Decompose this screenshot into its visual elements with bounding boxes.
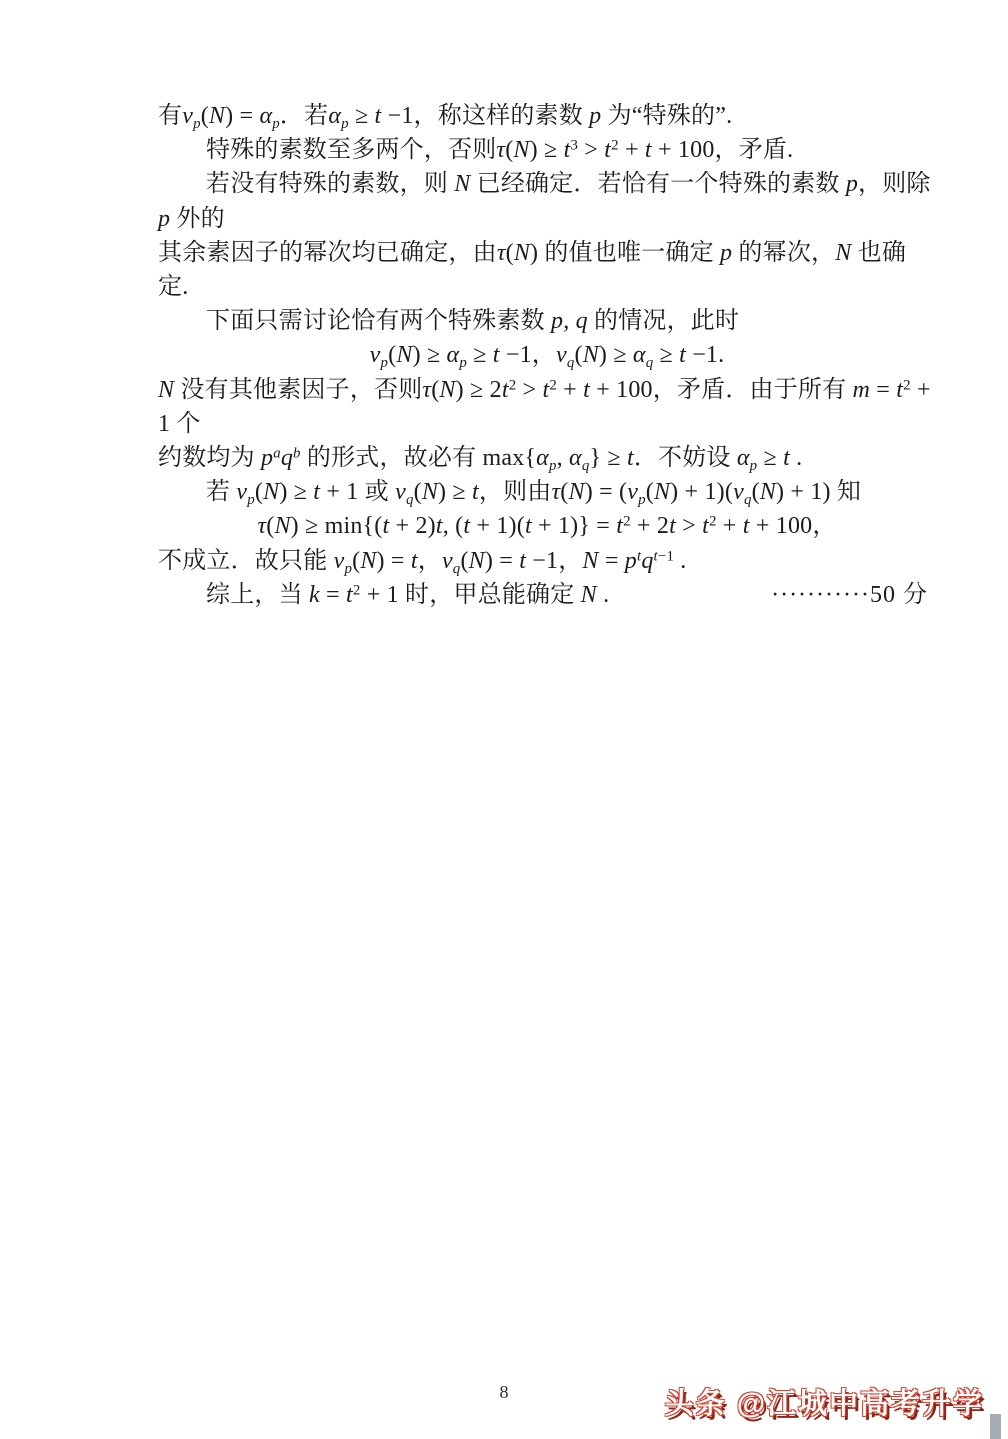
text-line: τ(N) ≥ min{(t + 2)t, (t + 1)(t + 1)} = t…	[158, 509, 936, 543]
document-lines: 有vp(N) = αp．若αp ≥ t −1，称这样的素数 p 为“特殊的”.特…	[158, 99, 936, 612]
toutiao-watermark: 头条 @江城中高考升学	[665, 1381, 984, 1422]
text-line: 不成立．故只能 vp(N) = t，vq(N) = t −1，N = ptqt−…	[158, 544, 936, 578]
solution-text-block: 有vp(N) = αp．若αp ≥ t −1，称这样的素数 p 为“特殊的”.特…	[158, 99, 936, 612]
text-line: 综上，当 k = t2 + 1 时，甲总能确定 N .···········50…	[158, 578, 936, 612]
conclusion-text: 综上，当 k = t2 + 1 时，甲总能确定 N .	[158, 578, 609, 612]
text-line: 若没有特殊的素数，则 N 已经确定．若恰有一个特殊的素数 p，则除 p 外的	[158, 167, 936, 235]
text-line: 若 vp(N) ≥ t + 1 或 vq(N) ≥ t，则由τ(N) = (vp…	[158, 475, 936, 509]
text-line: N 没有其他素因子，否则τ(N) ≥ 2t2 > t2 + t + 100，矛盾…	[158, 373, 936, 441]
text-line: 约数均为 paqb 的形式，故必有 max{αp, αq} ≥ t．不妨设 αp…	[158, 441, 936, 475]
scrollbar-thumb[interactable]	[990, 1414, 1001, 1439]
text-line: 有vp(N) = αp．若αp ≥ t −1，称这样的素数 p 为“特殊的”.	[158, 99, 936, 133]
text-line: vp(N) ≥ αp ≥ t −1，vq(N) ≥ αq ≥ t −1.	[158, 338, 936, 372]
text-line: 下面只需讨论恰有两个特殊素数 p, q 的情况，此时	[158, 304, 936, 338]
score-label: ···········50 分	[723, 578, 936, 612]
text-line: 特殊的素数至多两个，否则τ(N) ≥ t3 > t2 + t + 100，矛盾.	[158, 133, 936, 167]
text-line: 其余素因子的幂次均已确定，由τ(N) 的值也唯一确定 p 的幂次，N 也确定.	[158, 236, 936, 304]
